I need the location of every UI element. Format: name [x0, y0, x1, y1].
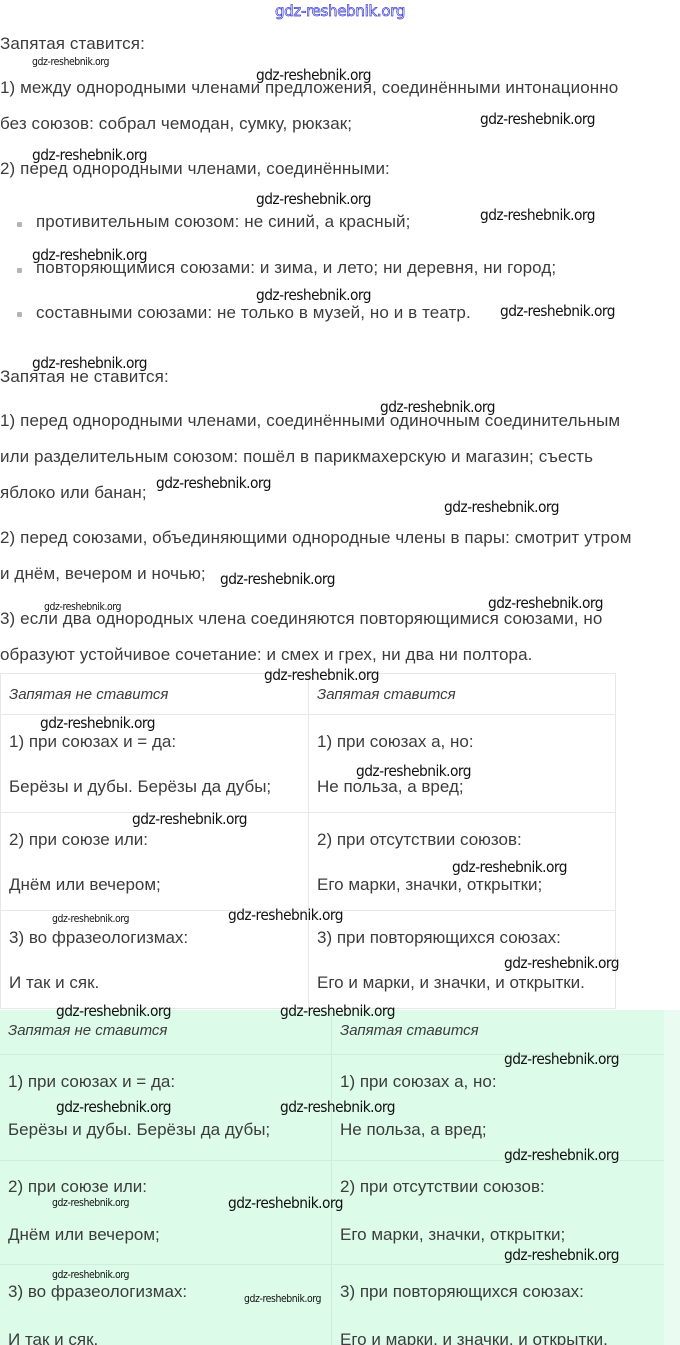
watermark-text: gdz-reshebnik.org	[500, 302, 615, 320]
table-cell-rule: 2) при союзе или:	[9, 830, 148, 850]
watermark-text: gdz-reshebnik.org	[488, 594, 603, 612]
watermark-text: gdz-reshebnik.org	[56, 1098, 171, 1116]
table-cell-example: Не польза, а вред;	[317, 777, 464, 797]
table-cell-example: Его марки, значки, открытки;	[317, 875, 542, 895]
exception-1-line-2: или разделительным союзом: пошёл в парик…	[0, 447, 593, 467]
exception-3-line-2: образуют устойчивое сочетание: и смех и …	[0, 645, 533, 665]
watermark-text: gdz-reshebnik.org	[156, 474, 271, 492]
table-header-comma: Запятая ставится	[340, 1022, 479, 1039]
column-divider	[308, 674, 309, 1008]
section-heading-comma-required: Запятая ставится:	[0, 34, 145, 54]
watermark-text: gdz-reshebnik.org	[504, 954, 619, 972]
table-cell-rule: 3) во фразеологизмах:	[9, 928, 188, 948]
table-cell-example: Днём или вечером;	[9, 875, 161, 895]
watermark-text: gdz-reshebnik.org	[280, 1098, 395, 1116]
bullet-item: противительным союзом: не синий, а красн…	[36, 212, 410, 232]
watermark-text: gdz-reshebnik.org	[452, 858, 567, 876]
watermark-text: gdz-reshebnik.org	[52, 1196, 129, 1209]
watermark-text: gdz-reshebnik.org	[444, 498, 559, 516]
table-cell-example: И так и сяк.	[9, 973, 99, 993]
bullet-icon	[17, 312, 22, 317]
table-header-no-comma: Запятая не ставится	[8, 1022, 167, 1039]
exception-1-line-3: яблоко или банан;	[0, 483, 147, 503]
table-cell-example: Днём или вечером;	[8, 1225, 160, 1245]
bullet-icon	[17, 222, 22, 227]
table-cell-rule: 3) при повторяющихся союзах:	[317, 928, 561, 948]
table-cell-rule: 3) при повторяющихся союзах:	[340, 1282, 584, 1302]
watermark-text: gdz-reshebnik.org	[356, 762, 471, 780]
watermark-text: gdz-reshebnik.org	[32, 354, 147, 372]
table-cell-example: И так и сяк.	[8, 1330, 98, 1345]
watermark-text: gdz-reshebnik.org	[264, 666, 379, 684]
watermark-text: gdz-reshebnik.org	[256, 190, 371, 208]
watermark-text: gdz-reshebnik.org	[504, 1050, 619, 1068]
table-cell-rule: 1) при союзах а, но:	[340, 1072, 497, 1092]
site-watermark-header: gdz-reshebnik.org	[0, 2, 680, 20]
watermark-text: gdz-reshebnik.org	[256, 66, 371, 84]
table-cell-rule: 3) во фразеологизмах:	[8, 1282, 187, 1302]
table-cell-rule: 2) при отсутствии союзов:	[340, 1177, 545, 1197]
table-cell-example: Его и марки, и значки, и открытки.	[317, 973, 585, 993]
watermark-text: gdz-reshebnik.org	[40, 714, 155, 732]
bullet-item: составными союзами: не только в музей, н…	[36, 303, 471, 323]
table-header-comma: Запятая ставится	[317, 686, 456, 703]
rule-1-line-2: без союзов: собрал чемодан, сумку, рюкза…	[0, 114, 352, 134]
table-cell-example: Берёзы и дубы. Берёзы да дубы;	[8, 1120, 270, 1140]
column-divider	[331, 1010, 332, 1345]
watermark-text: gdz-reshebnik.org	[244, 1292, 321, 1305]
row-divider	[0, 1264, 664, 1265]
watermark-text: gdz-reshebnik.org	[220, 570, 335, 588]
watermark-text: gdz-reshebnik.org	[228, 1194, 343, 1212]
table-cell-example: Не польза, а вред;	[340, 1120, 487, 1140]
row-divider	[1, 812, 615, 813]
watermark-text: gdz-reshebnik.org	[504, 1146, 619, 1164]
exception-2-line-2: и днём, вечером и ночью;	[0, 564, 206, 584]
watermark-text: gdz-reshebnik.org	[380, 398, 495, 416]
table-cell-example: Его марки, значки, открытки;	[340, 1225, 565, 1245]
watermark-text: gdz-reshebnik.org	[256, 286, 371, 304]
table-cell-rule: 1) при союзах а, но:	[317, 732, 474, 752]
watermark-text: gdz-reshebnik.org	[52, 1268, 129, 1281]
table-cell-rule: 1) при союзах и = да:	[9, 732, 176, 752]
exception-1-line-1: 1) перед однородными членами, соединённы…	[0, 411, 620, 431]
table-cell-rule: 2) при союзе или:	[8, 1177, 147, 1197]
bullet-icon	[17, 268, 22, 273]
green-table-margin	[664, 1010, 680, 1345]
table-cell-example: Берёзы и дубы. Берёзы да дубы;	[9, 777, 271, 797]
watermark-text: gdz-reshebnik.org	[32, 55, 109, 68]
watermark-text: gdz-reshebnik.org	[228, 906, 343, 924]
watermark-text: gdz-reshebnik.org	[132, 810, 247, 828]
watermark-text: gdz-reshebnik.org	[52, 912, 129, 925]
watermark-text: gdz-reshebnik.org	[480, 206, 595, 224]
watermark-text: gdz-reshebnik.org	[504, 1246, 619, 1264]
watermark-text: gdz-reshebnik.org	[280, 1002, 395, 1020]
watermark-text: gdz-reshebnik.org	[32, 146, 147, 164]
table-cell-example: Его и марки, и значки, и открытки.	[340, 1330, 608, 1345]
watermark-text: gdz-reshebnik.org	[480, 110, 595, 128]
watermark-text: gdz-reshebnik.org	[32, 246, 147, 264]
table-header-no-comma: Запятая не ставится	[9, 686, 168, 703]
watermark-text: gdz-reshebnik.org	[44, 600, 121, 613]
exception-2-line-1: 2) перед союзами, объединяющими однородн…	[0, 528, 632, 548]
table-cell-rule: 2) при отсутствии союзов:	[317, 830, 522, 850]
watermark-text: gdz-reshebnik.org	[56, 1002, 171, 1020]
table-cell-rule: 1) при союзах и = да:	[8, 1072, 175, 1092]
